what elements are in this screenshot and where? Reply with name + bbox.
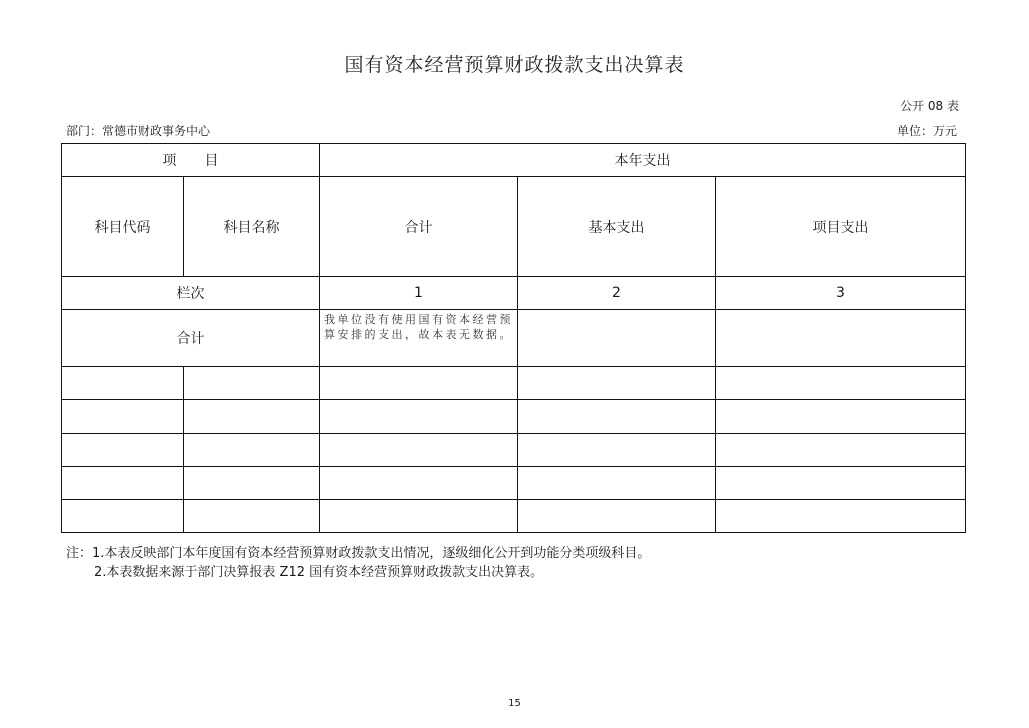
- col-index-1: 1: [320, 277, 518, 310]
- unit-label: 单位：万元: [897, 122, 957, 139]
- col-index-3: 3: [716, 277, 966, 310]
- department-label: 部门：常德市财政事务中心: [66, 122, 210, 139]
- header-current-year: 本年支出: [320, 144, 966, 177]
- form-number: 公开 08 表: [900, 97, 959, 114]
- header-subject-code: 科目代码: [62, 177, 184, 277]
- table-row: [62, 434, 966, 467]
- header-subject-name: 科目名称: [184, 177, 320, 277]
- col-index-2: 2: [518, 277, 716, 310]
- header-project-expenditure: 项目支出: [716, 177, 966, 277]
- page-title: 国有资本经营预算财政拨款支出决算表: [0, 50, 1029, 77]
- table-row: [62, 400, 966, 434]
- note-line-1: 注：1.本表反映部门本年度国有资本经营预算财政拨款支出情况，逐级细化公开到功能分…: [66, 544, 650, 563]
- header-total: 合计: [320, 177, 518, 277]
- header-basic-expenditure: 基本支出: [518, 177, 716, 277]
- notes: 注：1.本表反映部门本年度国有资本经营预算财政拨款支出情况，逐级细化公开到功能分…: [66, 544, 650, 582]
- row-index-label: 栏次: [62, 277, 320, 310]
- note-line-2: 2.本表数据来源于部门决算报表 Z12 国有资本经营预算财政拨款支出决算表。: [66, 563, 650, 582]
- total-basic-cell: [518, 310, 716, 367]
- expenditure-table: 项 目 本年支出 科目代码 科目名称 合计 基本支出 项目支出 栏次 1 2 3…: [61, 143, 966, 533]
- table-row: [62, 500, 966, 533]
- table-row: [62, 367, 966, 400]
- table-row: [62, 467, 966, 500]
- page-number: 15: [0, 698, 1029, 709]
- total-project-cell: [716, 310, 966, 367]
- total-row-note: 我单位没有使用国有资本经营预算安排的支出，故本表无数据。: [320, 310, 518, 367]
- total-row-label: 合计: [62, 310, 320, 367]
- header-item: 项 目: [62, 144, 320, 177]
